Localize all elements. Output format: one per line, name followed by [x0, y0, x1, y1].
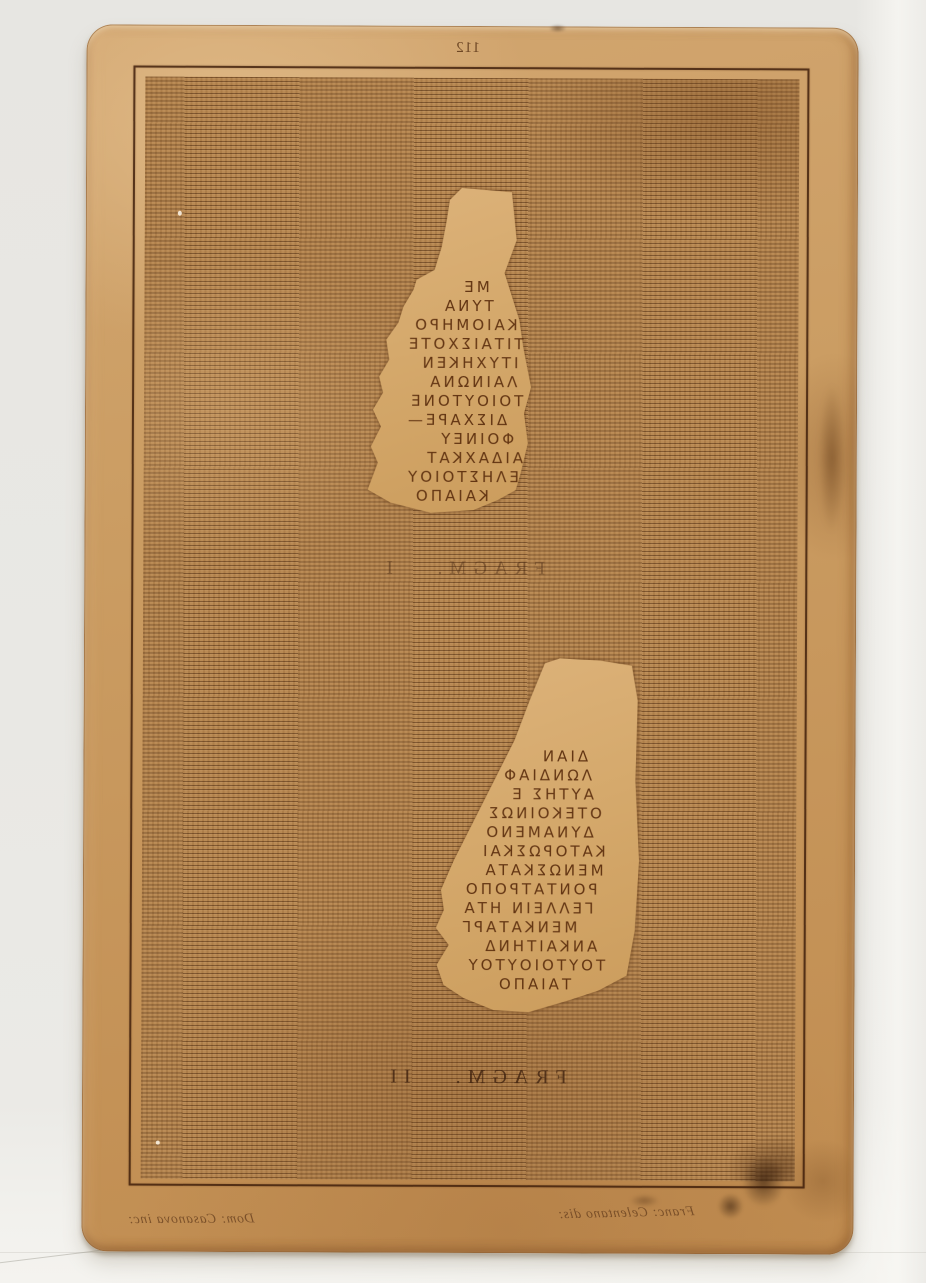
- papyrus-fragment-2: ΔΙΑΝ ΛΩΝΔΙΑΦ ΑΥΤΗΣ Ε ΟΤΕΚΟΙΝΩΣ ΔΥΝΑΜΕΝΟ …: [428, 655, 645, 1019]
- plate-number: 112: [443, 40, 493, 57]
- greek-text-line: ΟΤΕΚΟΙΝΩΣ: [461, 804, 607, 824]
- photograph-of-copper-plate: 112 ΜΕ ΤΥΝΑ ΚΑΙΟΜΗΡΟ ΤΙΤΑΙΣΧΟΤΕ ΙΤΥΧΗΚΕΝ…: [0, 0, 926, 1283]
- draughtsman-credit-right: Franc: Celentano dis:: [556, 1203, 695, 1222]
- greek-text-line: ΑΥΤΗΣ Ε: [461, 785, 607, 805]
- greek-text-line: ΛΩΝΔΙΑΦ: [461, 766, 607, 786]
- greek-text-line: ΜΕΝΚΑΤΑΡΓ: [460, 918, 606, 938]
- fragment-2-greek-text: ΔΙΑΝ ΛΩΝΔΙΑΦ ΑΥΤΗΣ Ε ΟΤΕΚΟΙΝΩΣ ΔΥΝΑΜΕΝΟ …: [460, 747, 607, 995]
- greek-text-line: ΤΟΙΟΥΤΟΝΕ: [405, 392, 523, 412]
- greek-text-line: ΤΥΝΑ: [405, 297, 523, 317]
- greek-text-line: ΔΙΣΧΑΡΕ—: [405, 411, 523, 431]
- greek-text-line: ΤΑΙΑΠΟ: [460, 975, 606, 995]
- top-edge-stain: [549, 24, 567, 32]
- greek-text-line: ΔΙΑΝ: [461, 747, 607, 767]
- greek-text-line: ΡΟΝΤΑΤΡΟΠΟ: [460, 880, 606, 900]
- right-edge-stain: [818, 384, 845, 534]
- greek-text-line: ΕΛΗΣΤΟΙΟΥ: [404, 468, 522, 488]
- dust-speck: [178, 211, 182, 216]
- greek-text-line: ΚΑΤΟΡΩΣΚΑΙ: [460, 842, 606, 862]
- background-right-shading: [856, 0, 926, 1283]
- greek-text-line: ΔΥΝΑΜΕΝΟ: [461, 823, 607, 843]
- greek-text-line: ΚΑΙΑΠΟ: [404, 487, 522, 507]
- greek-text-line: ΑΝΚΑΙΤΗΝΔ: [460, 937, 606, 957]
- greek-text-line: ΓΕΛΛΕΙΝ ΗΤΑ: [460, 899, 606, 919]
- greek-text-line: ΛΑΙΝΩΝΑ: [405, 373, 523, 393]
- papyrus-fragment-1: ΜΕ ΤΥΝΑ ΚΑΙΟΜΗΡΟ ΤΙΤΑΙΣΧΟΤΕ ΙΤΥΧΗΚΕΝ ΛΑΙ…: [353, 187, 534, 518]
- copper-plate: 112 ΜΕ ΤΥΝΑ ΚΑΙΟΜΗΡΟ ΤΙΤΑΙΣΧΟΤΕ ΙΤΥΧΗΚΕΝ…: [81, 24, 858, 1254]
- greek-text-line: ΜΕΝΩΣΚΑΤΑ: [460, 861, 606, 881]
- greek-text-line: ΑΙΔΑΧΚΑΤ: [405, 449, 523, 469]
- greek-text-line: ΦΟΙΝΕΥ: [405, 430, 523, 450]
- greek-text-line: ΙΤΥΧΗΚΕΝ: [405, 354, 523, 374]
- greek-text-line: ΜΕ: [405, 278, 523, 298]
- fragment-1-caption: FRAGM. I: [362, 558, 562, 581]
- greek-text-line: ΚΑΙΟΜΗΡΟ: [405, 316, 523, 336]
- greek-text-line: ΤΟΥΤΟΙΟΥΤΟΥ: [460, 956, 606, 976]
- fragment-1-greek-text: ΜΕ ΤΥΝΑ ΚΑΙΟΜΗΡΟ ΤΙΤΑΙΣΧΟΤΕ ΙΤΥΧΗΚΕΝ ΛΑΙ…: [404, 278, 523, 507]
- engraver-credit-left: Dom: Casanova inc:: [127, 1210, 256, 1227]
- greek-text-line: ΤΙΤΑΙΣΧΟΤΕ: [405, 335, 523, 355]
- bottom-right-corner-stain: [717, 1193, 743, 1219]
- dust-speck: [156, 1141, 160, 1145]
- fragment-2-caption: FRAGM. II: [355, 1066, 595, 1090]
